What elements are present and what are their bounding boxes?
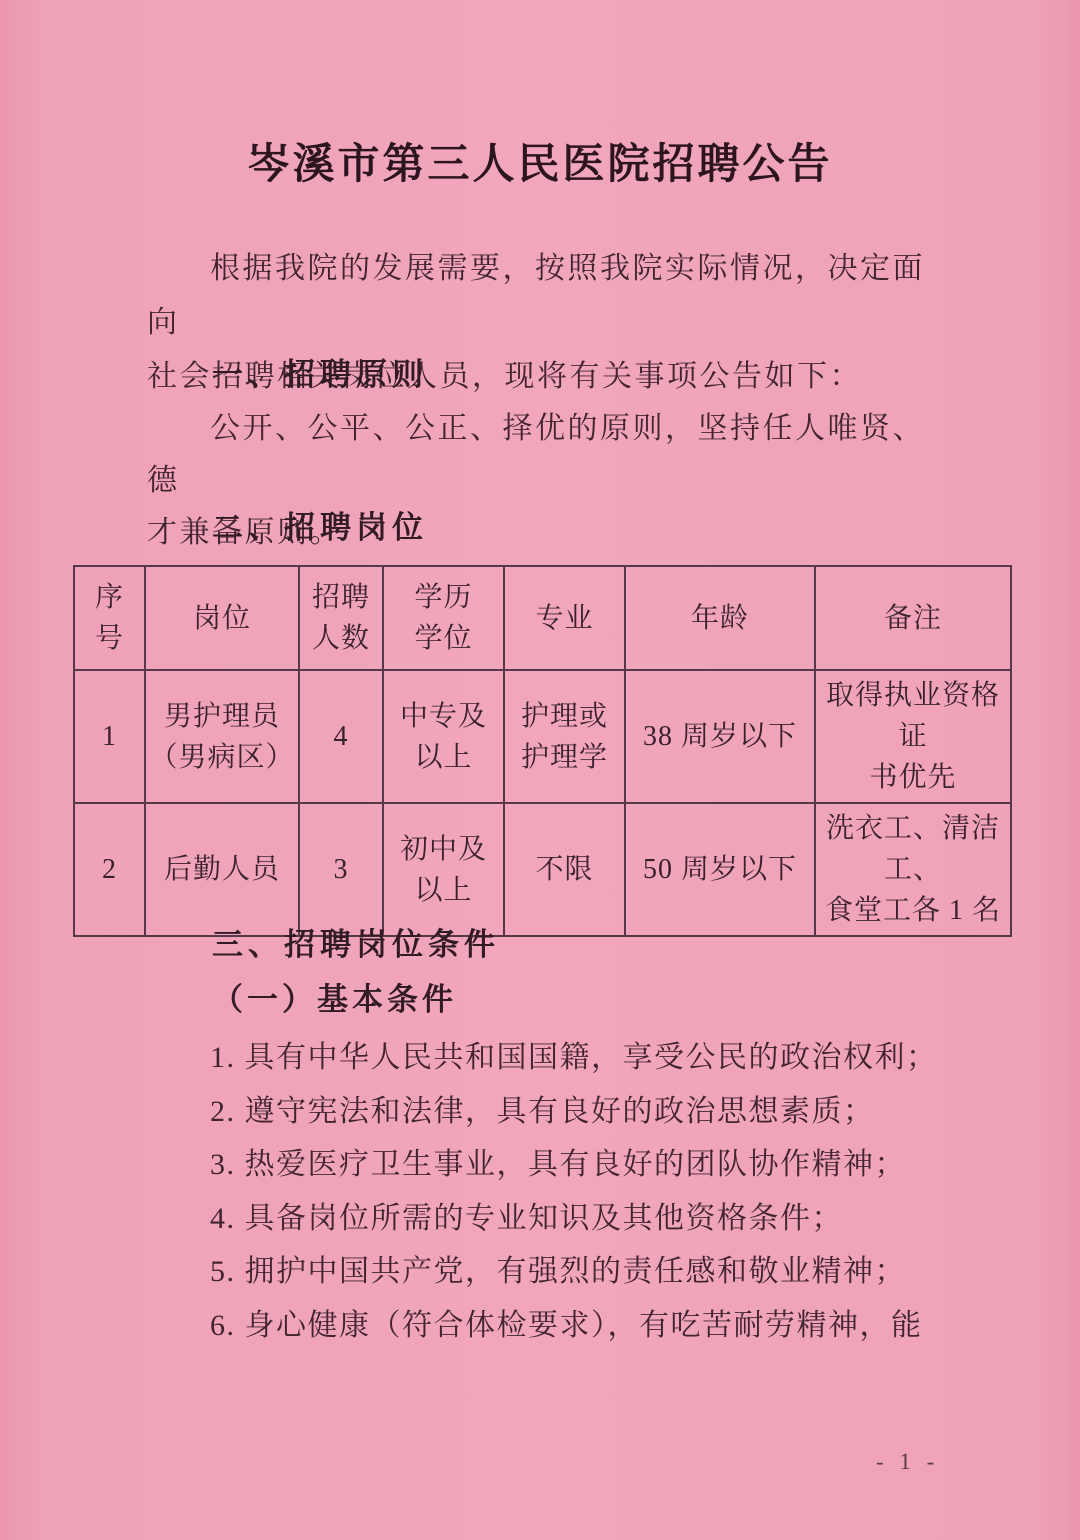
table-cell: 4 [299, 670, 383, 803]
document-title: 岑溪市第三人民医院招聘公告 [0, 131, 1080, 191]
list-item: 1. 具有中华人民共和国国籍，享受公民的政治权利； [210, 1031, 970, 1085]
table-cell: 3 [299, 803, 383, 936]
header-position: 岗位 [145, 566, 299, 670]
scanned-announcement-page: { "page": { "paper_color": "#efa2b8", "i… [0, 0, 1080, 1540]
table-cell: 2 [74, 803, 145, 936]
list-item: 3. 热爱医疗卫生事业，具有良好的团队协作精神； [210, 1138, 970, 1192]
table-cell: 中专及 以上 [383, 670, 504, 803]
table-row: 1 男护理员 （男病区） 4 中专及 以上 护理或 护理学 38 周岁以下 取得… [74, 670, 1011, 803]
table-cell: 护理或 护理学 [504, 670, 625, 803]
table-cell: 1 [74, 670, 145, 803]
table-cell: 50 周岁以下 [625, 803, 815, 936]
header-headcount: 招聘 人数 [299, 566, 383, 670]
list-item: 5. 拥护中国共产党，有强烈的责任感和敬业精神； [210, 1245, 970, 1299]
table-header-row: 序 号 岗位 招聘 人数 学历 学位 专业 年龄 备注 [74, 566, 1011, 670]
list-item: 2. 遵守宪法和法律，具有良好的政治思想素质； [210, 1085, 970, 1139]
table-cell: 初中及 以上 [383, 803, 504, 936]
table-row: 2 后勤人员 3 初中及 以上 不限 50 周岁以下 洗衣工、清洁工、 食堂工各… [74, 803, 1011, 936]
section-2-heading: 二、招聘岗位 [212, 505, 428, 551]
recruitment-positions-table: 序 号 岗位 招聘 人数 学历 学位 专业 年龄 备注 1 男护理员 （男病区）… [73, 565, 1012, 937]
header-notes: 备注 [815, 566, 1011, 670]
header-age: 年龄 [625, 566, 815, 670]
basic-conditions-list: 1. 具有中华人民共和国国籍，享受公民的政治权利； 2. 遵守宪法和法律，具有良… [210, 1031, 970, 1352]
page-number: - 1 - [876, 1449, 939, 1475]
header-major: 专业 [504, 566, 625, 670]
table-cell: 不限 [504, 803, 625, 936]
table-cell: 38 周岁以下 [625, 670, 815, 803]
table-cell: 洗衣工、清洁工、 食堂工各 1 名 [815, 803, 1011, 936]
list-item: 4. 具备岗位所需的专业知识及其他资格条件； [210, 1192, 970, 1246]
section-3-heading: 三、招聘岗位条件 [212, 922, 500, 968]
section-1-heading: 一、招聘原则 [212, 352, 428, 398]
list-item: 6. 身心健康（符合体检要求），有吃苦耐劳精神，能 [210, 1299, 970, 1353]
header-seq-number: 序 号 [74, 566, 145, 670]
table-cell: 后勤人员 [145, 803, 299, 936]
header-education: 学历 学位 [383, 566, 504, 670]
basic-conditions-subheading: （一）基本条件 [212, 977, 457, 1023]
table-cell: 男护理员 （男病区） [145, 670, 299, 803]
table-cell: 取得执业资格证 书优先 [815, 670, 1011, 803]
